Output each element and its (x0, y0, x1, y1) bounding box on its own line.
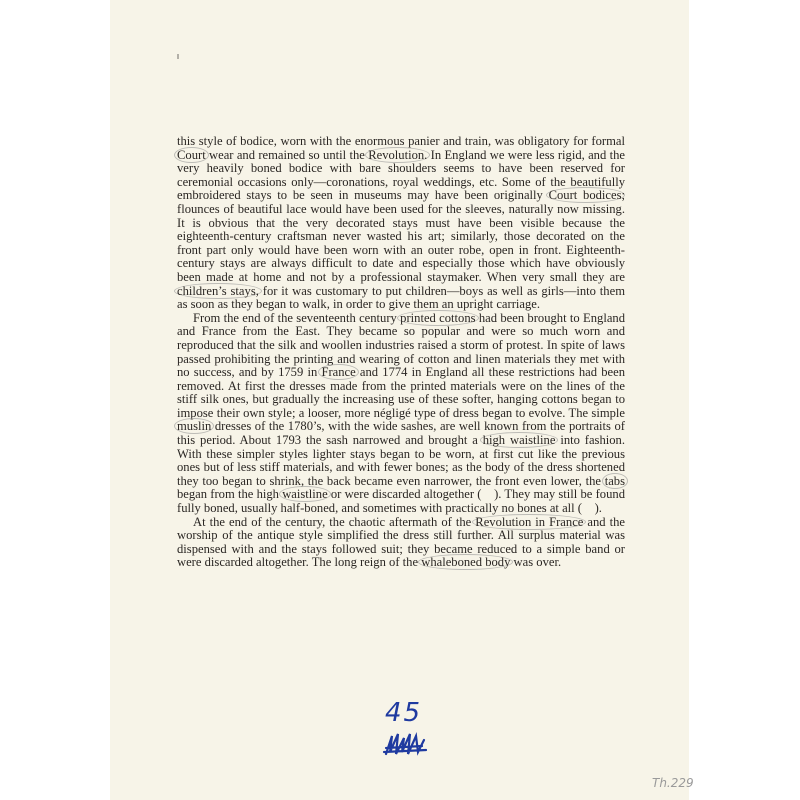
text-run: was over. (510, 555, 561, 569)
pencil-circled-phrase: France (318, 364, 358, 380)
pencil-speck (177, 54, 179, 59)
pencil-circled-phrase: waistline (279, 486, 330, 502)
catalog-mark: Th.229 (652, 776, 694, 790)
pencil-circled-phrase: Revolution in France (472, 514, 586, 530)
pencil-circled-phrase: Court bodices (546, 187, 625, 203)
text-run: ; flounces of beautiful lace would have … (177, 188, 625, 284)
text-run: wear and remained so until the (206, 148, 369, 162)
body-text: this style of bodice, worn with the enor… (177, 135, 625, 570)
paragraph: At the end of the century, the chaotic a… (177, 516, 625, 570)
scribbled-out-number-icon (382, 730, 428, 758)
pencil-circled-phrase: whaleboned body (418, 554, 513, 570)
text-run: From the end of the seventeenth century (193, 311, 400, 325)
pencil-circled-phrase: printed cottons (397, 310, 478, 326)
pencil-circled-phrase: Revolution. (365, 147, 430, 163)
pencil-circled-phrase: children’s stays, (174, 283, 262, 299)
pencil-circled-phrase: Court (174, 147, 209, 163)
pencil-circled-phrase: high waistline (480, 432, 559, 448)
handwritten-page-number: 45 (385, 698, 422, 728)
text-run: this style of bodice, worn with the enor… (177, 134, 625, 148)
paragraph: From the end of the seventeenth century … (177, 312, 625, 516)
text-run: began from the high (177, 487, 282, 501)
paragraph: this style of bodice, worn with the enor… (177, 135, 625, 312)
text-run: At the end of the century, the chaotic a… (193, 515, 475, 529)
